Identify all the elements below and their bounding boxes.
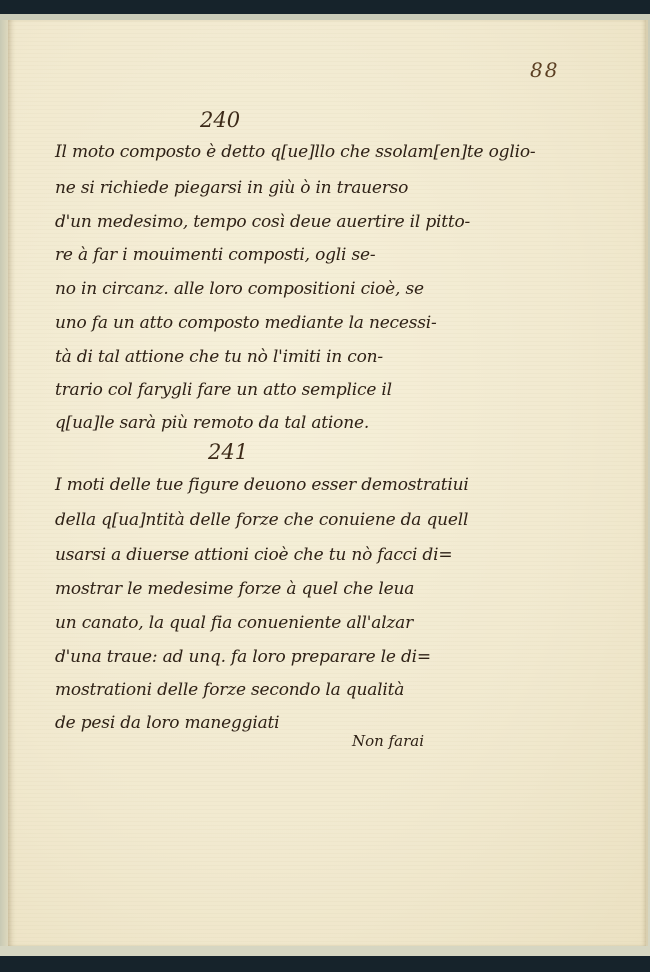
- text-line: uno fa un atto composto mediante la nece…: [55, 313, 455, 333]
- text-line: q[ua]le sarà più remoto da tal atione.: [55, 413, 455, 433]
- text-line: de pesi da loro maneggiati: [55, 713, 455, 733]
- folio-number: 88: [530, 58, 559, 82]
- text-line: mostrar le medesime forze à quel che leu…: [55, 579, 455, 599]
- section-number-240: 240: [200, 108, 240, 132]
- text-line: I moti delle tue figure deuono esser dem…: [55, 475, 455, 495]
- text-line: mostrationi delle forze secondo la quali…: [55, 680, 455, 700]
- catchword: Non farai: [352, 732, 424, 750]
- text-line: Il moto composto è detto q[ue]llo che ss…: [55, 142, 455, 162]
- section-number-241: 241: [208, 440, 248, 464]
- text-line: d'una traue: ad unq. fa loro preparare l…: [55, 647, 455, 667]
- text-line: un canato, la qual fia conueniente all'a…: [55, 613, 455, 633]
- text-line: usarsi a diuerse attioni cioè che tu nò …: [55, 545, 455, 565]
- text-line: tà di tal attione che tu nò l'imiti in c…: [55, 347, 455, 367]
- text-line: ne si richiede piegarsi in giù ò in trau…: [55, 178, 455, 198]
- text-line: re à far i mouimenti composti, ogli se-: [55, 245, 455, 265]
- text-line: della q[ua]ntità delle forze che conuien…: [55, 510, 455, 530]
- text-line: trario col farygli fare un atto semplice…: [55, 380, 455, 400]
- text-line: no in circanz. alle loro compositioni ci…: [55, 279, 455, 299]
- text-line: d'un medesimo, tempo così deue auertire …: [55, 212, 455, 232]
